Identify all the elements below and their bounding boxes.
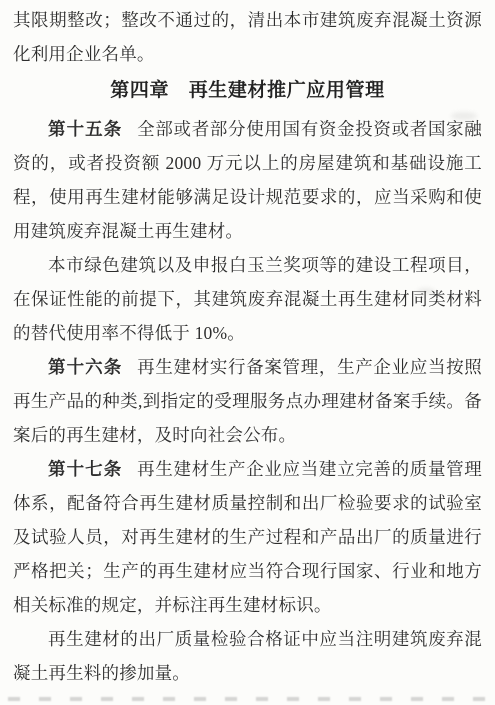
document-page: 其限期整改；整改不通过的，清出本市建筑废弃混凝土资源化利用企业名单。 第四章 再… bbox=[0, 0, 495, 705]
article-17-number: 第十七条 bbox=[48, 459, 122, 479]
paragraph-text: 再生建材生产企业应当建立完善的质量管理体系，配备符合再生建材质量控制和出厂检验要… bbox=[13, 459, 482, 615]
paragraph-article-15: 第十五条全部或者部分使用国有资金投资或者国家融资的，或者投资额 2000 万元以… bbox=[13, 112, 482, 248]
article-15-number: 第十五条 bbox=[48, 119, 122, 139]
paragraph-text: 其限期整改；整改不通过的，清出本市建筑废弃混凝土资源化利用企业名单。 bbox=[13, 10, 482, 64]
scan-smudge bbox=[451, 112, 477, 120]
article-16-number: 第十六条 bbox=[48, 357, 122, 377]
paragraph-text: 本市绿色建筑以及申报白玉兰奖项等的建设工程项目，在保证性能的前提下，其建筑废弃混… bbox=[13, 255, 482, 343]
chapter-heading: 第四章 再生建材推广应用管理 bbox=[13, 74, 482, 108]
paragraph-article-16: 第十六条再生建材实行备案管理，生产企业应当按照再生产品的种类,到指定的受理服务点… bbox=[13, 350, 482, 452]
paragraph-continuation: 其限期整改；整改不通过的，清出本市建筑废弃混凝土资源化利用企业名单。 bbox=[13, 3, 482, 71]
paragraph-article-17-2: 再生建材的出厂质量检验合格证中应当注明建筑废弃混凝土再生料的掺加量。 bbox=[13, 622, 482, 690]
paragraph-article-15-2: 本市绿色建筑以及申报白玉兰奖项等的建设工程项目，在保证性能的前提下，其建筑废弃混… bbox=[13, 248, 482, 350]
paragraph-article-17: 第十七条再生建材生产企业应当建立完善的质量管理体系，配备符合再生建材质量控制和出… bbox=[13, 452, 482, 622]
paragraph-text: 再生建材的出厂质量检验合格证中应当注明建筑废弃混凝土再生料的掺加量。 bbox=[13, 629, 482, 683]
document-content: 其限期整改；整改不通过的，清出本市建筑废弃混凝土资源化利用企业名单。 第四章 再… bbox=[0, 0, 495, 690]
scan-smudge bbox=[417, 288, 435, 294]
scan-edge-artifact bbox=[8, 697, 491, 701]
